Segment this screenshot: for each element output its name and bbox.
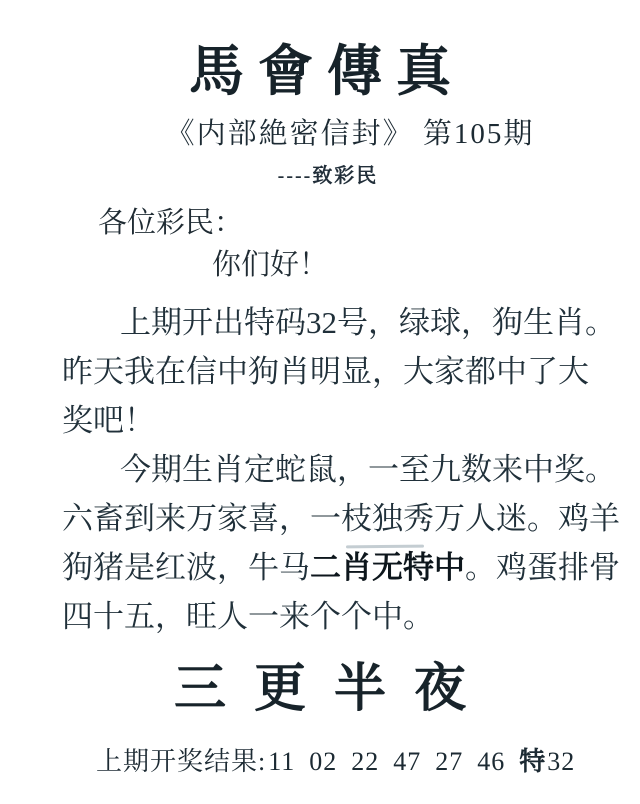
body-line: 奖吧！ — [62, 396, 614, 445]
body-line: 四十五，旺人一来个个中。 — [62, 592, 614, 641]
slogan-text: 三更半夜 — [0, 655, 640, 725]
result-number: 46 — [477, 747, 505, 776]
special-number-label: 特 — [519, 747, 546, 776]
page-title: 馬會傳真 — [0, 38, 640, 107]
result-number: 27 — [435, 747, 463, 776]
letter-subtitle: 《内部絶密信封》 第105期 — [30, 115, 640, 154]
greeting-line: 你们好！ — [212, 246, 640, 285]
results-label: 上期开奖结果: — [96, 747, 266, 776]
result-number: 02 — [309, 747, 337, 776]
fax-letter-page: 馬會傳真 《内部絶密信封》 第105期 ----致彩民 各位彩民： 你们好！ 上… — [0, 0, 640, 804]
body-line: 今期生肖定蛇鼠，一至九数来中奖。 — [62, 445, 614, 494]
body-line: 昨天我在信中狗肖明显，大家都中了大 — [62, 347, 614, 396]
dedication-line: ----致彩民 — [8, 159, 640, 188]
body-segment-bold: 二肖无特中 — [310, 550, 465, 585]
result-number: 22 — [351, 747, 379, 776]
salutation-line: 各位彩民： — [98, 204, 640, 243]
letter-body: 上期开出特码32号，绿球，狗生肖。 昨天我在信中狗肖明显，大家都中了大 奖吧！ … — [62, 298, 614, 641]
body-line: 上期开出特码32号，绿球，狗生肖。 — [62, 298, 614, 347]
result-number: 11 — [268, 747, 295, 776]
body-segment: 狗猪是红波，牛马 — [62, 550, 310, 585]
body-line: 狗猪是红波，牛马二肖无特中。鸡蛋排骨 — [62, 543, 614, 592]
body-segment: 。鸡蛋排骨 — [465, 550, 620, 585]
result-number: 47 — [393, 747, 421, 776]
previous-draw-results: 上期开奖结果:110222472746特32 — [96, 741, 640, 778]
body-line: 六畜到来万家喜，一枝独秀万人迷。鸡羊 — [62, 494, 614, 543]
special-number-value: 32 — [547, 747, 575, 776]
